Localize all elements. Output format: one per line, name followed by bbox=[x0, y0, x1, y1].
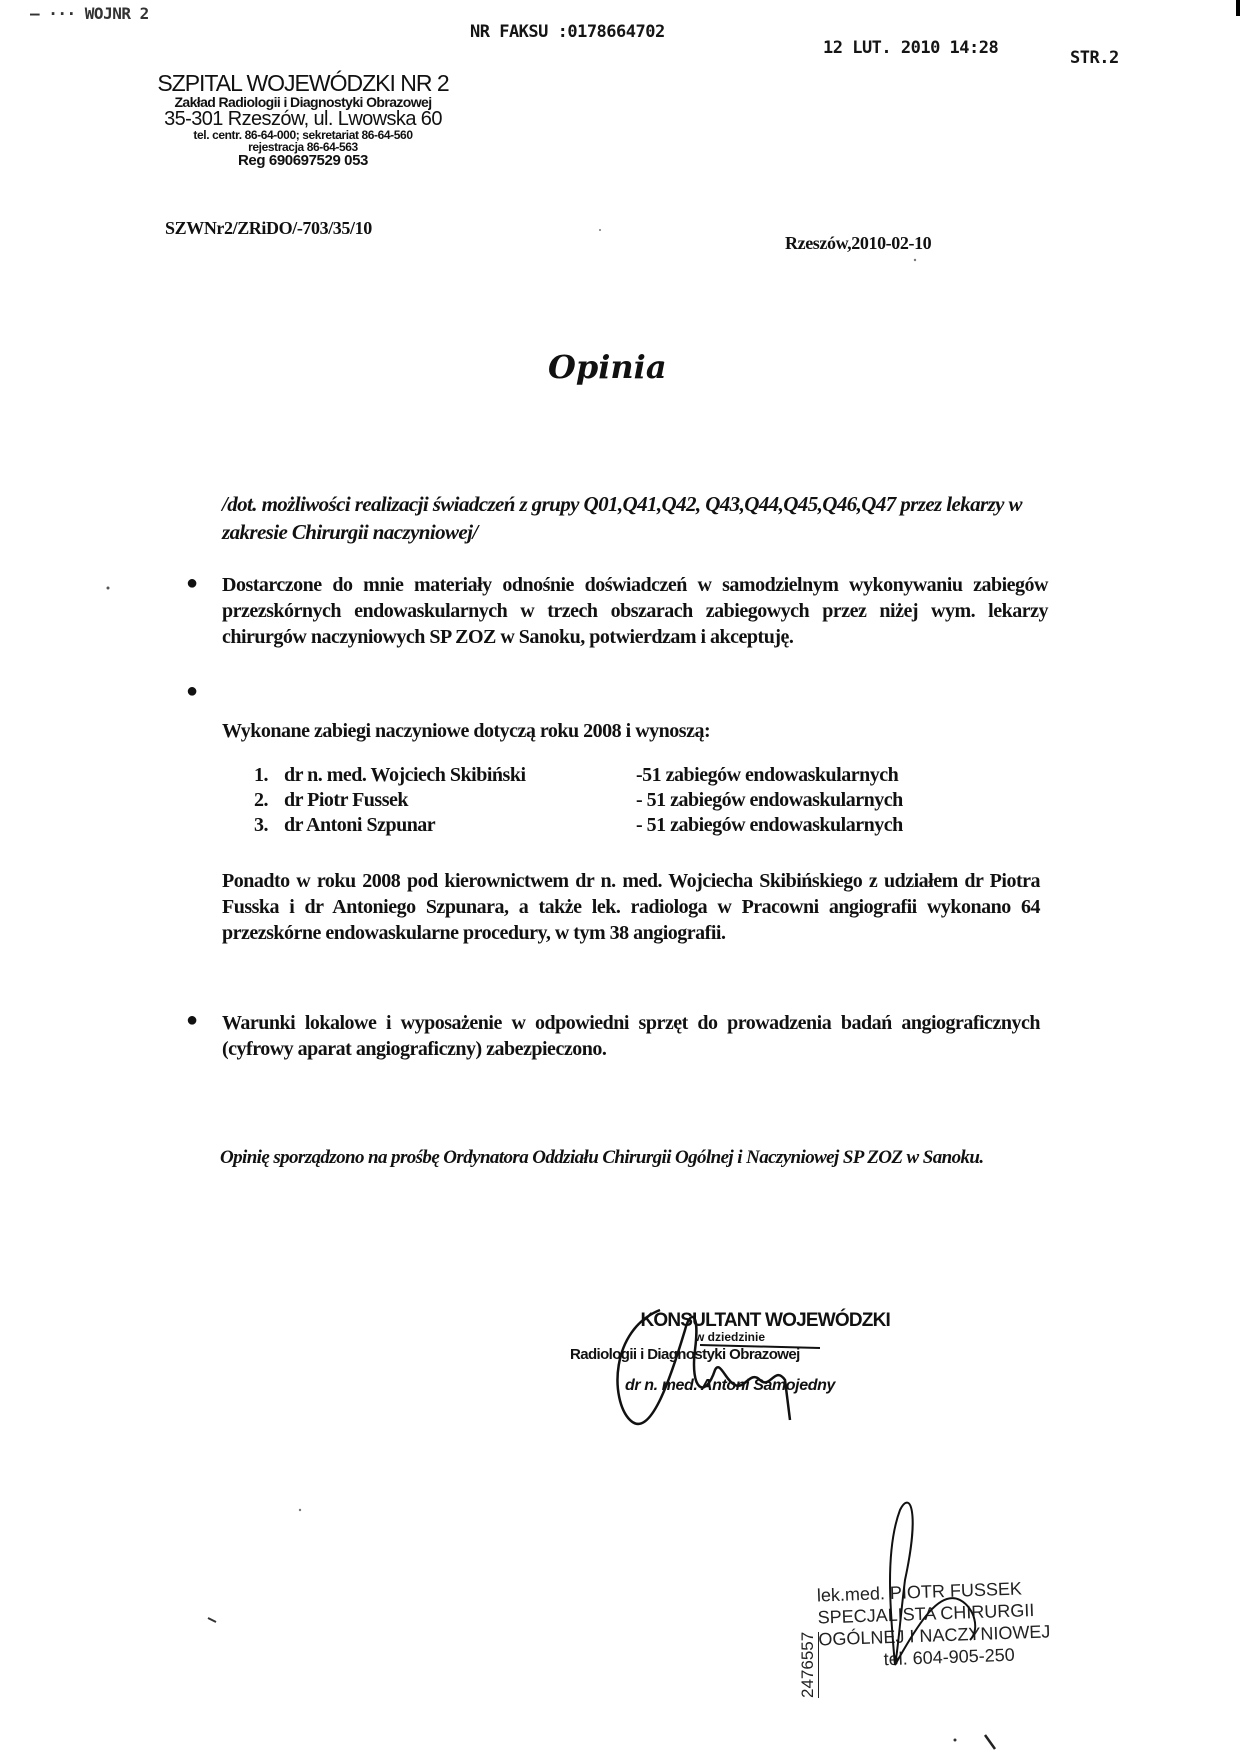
bullet-icon: ● bbox=[186, 1009, 198, 1032]
fax-page-number: STR.2 bbox=[1070, 48, 1119, 68]
doctor-name: dr Antoni Szpunar bbox=[284, 814, 636, 839]
doctor-list: 1. dr n. med. Wojciech Skibiński -51 zab… bbox=[254, 764, 974, 839]
list-number: 3. bbox=[254, 814, 284, 839]
paragraph-conditions: Warunki lokalowe i wyposażenie w odpowie… bbox=[222, 1010, 1040, 1062]
doctor-name: dr Piotr Fussek bbox=[284, 789, 636, 814]
hospital-name: SZPITAL WOJEWÓDZKI NR 2 bbox=[148, 72, 458, 95]
list-number: 2. bbox=[254, 789, 284, 814]
doctor-name: dr n. med. Wojciech Skibiński bbox=[284, 764, 636, 789]
list-number: 1. bbox=[254, 764, 284, 789]
reference-number: SZWNr2/ZRiDO/-703/35/10 bbox=[165, 218, 372, 239]
bullet-icon: ● bbox=[186, 572, 198, 595]
paragraph-procedures-intro: Wykonane zabiegi naczyniowe dotyczą roku… bbox=[222, 718, 942, 744]
department-name: Zakład Radiologii i Diagnostyki Obrazowe… bbox=[148, 95, 458, 109]
document-title: Opinia bbox=[548, 348, 667, 386]
fax-header-fragment: — ··· WOJNR 2 bbox=[30, 4, 149, 23]
fax-datetime: 12 LUT. 2010 14:28 bbox=[823, 38, 998, 58]
letterhead: SZPITAL WOJEWÓDZKI NR 2 Zakład Radiologi… bbox=[148, 72, 458, 168]
procedure-count: - 51 zabiegów endowaskularnych bbox=[636, 814, 974, 839]
subject-line: /dot. możliwości realizacji świadczeń z … bbox=[222, 490, 1022, 546]
consultant-signature-icon bbox=[590, 1290, 850, 1450]
place-and-date: Rzeszów,2010-02-10 bbox=[785, 233, 931, 254]
paragraph-materials: Dostarczone do mnie materiały odnośnie d… bbox=[222, 572, 1048, 650]
fax-number: NR FAKSU :0178664702 bbox=[470, 22, 665, 42]
hospital-address: 35-301 Rzeszów, ul. Lwowska 60 bbox=[148, 109, 458, 129]
closing-note: Opinię sporządzono na prośbę Ordynatora … bbox=[196, 1145, 1036, 1170]
list-item: 3. dr Antoni Szpunar - 51 zabiegów endow… bbox=[254, 814, 974, 839]
procedure-count: - 51 zabiegów endowaskularnych bbox=[636, 789, 974, 814]
paragraph-additional: Ponadto w roku 2008 pod kierownictwem dr… bbox=[222, 868, 1040, 946]
list-item: 1. dr n. med. Wojciech Skibiński -51 zab… bbox=[254, 764, 974, 789]
bullet-icon: ● bbox=[186, 680, 198, 703]
procedure-count: -51 zabiegów endowaskularnych bbox=[636, 764, 974, 789]
regon-number: Reg 690697529 053 bbox=[148, 153, 458, 168]
list-item: 2. dr Piotr Fussek - 51 zabiegów endowas… bbox=[254, 789, 974, 814]
doctor-signature-icon bbox=[880, 1490, 1040, 1690]
